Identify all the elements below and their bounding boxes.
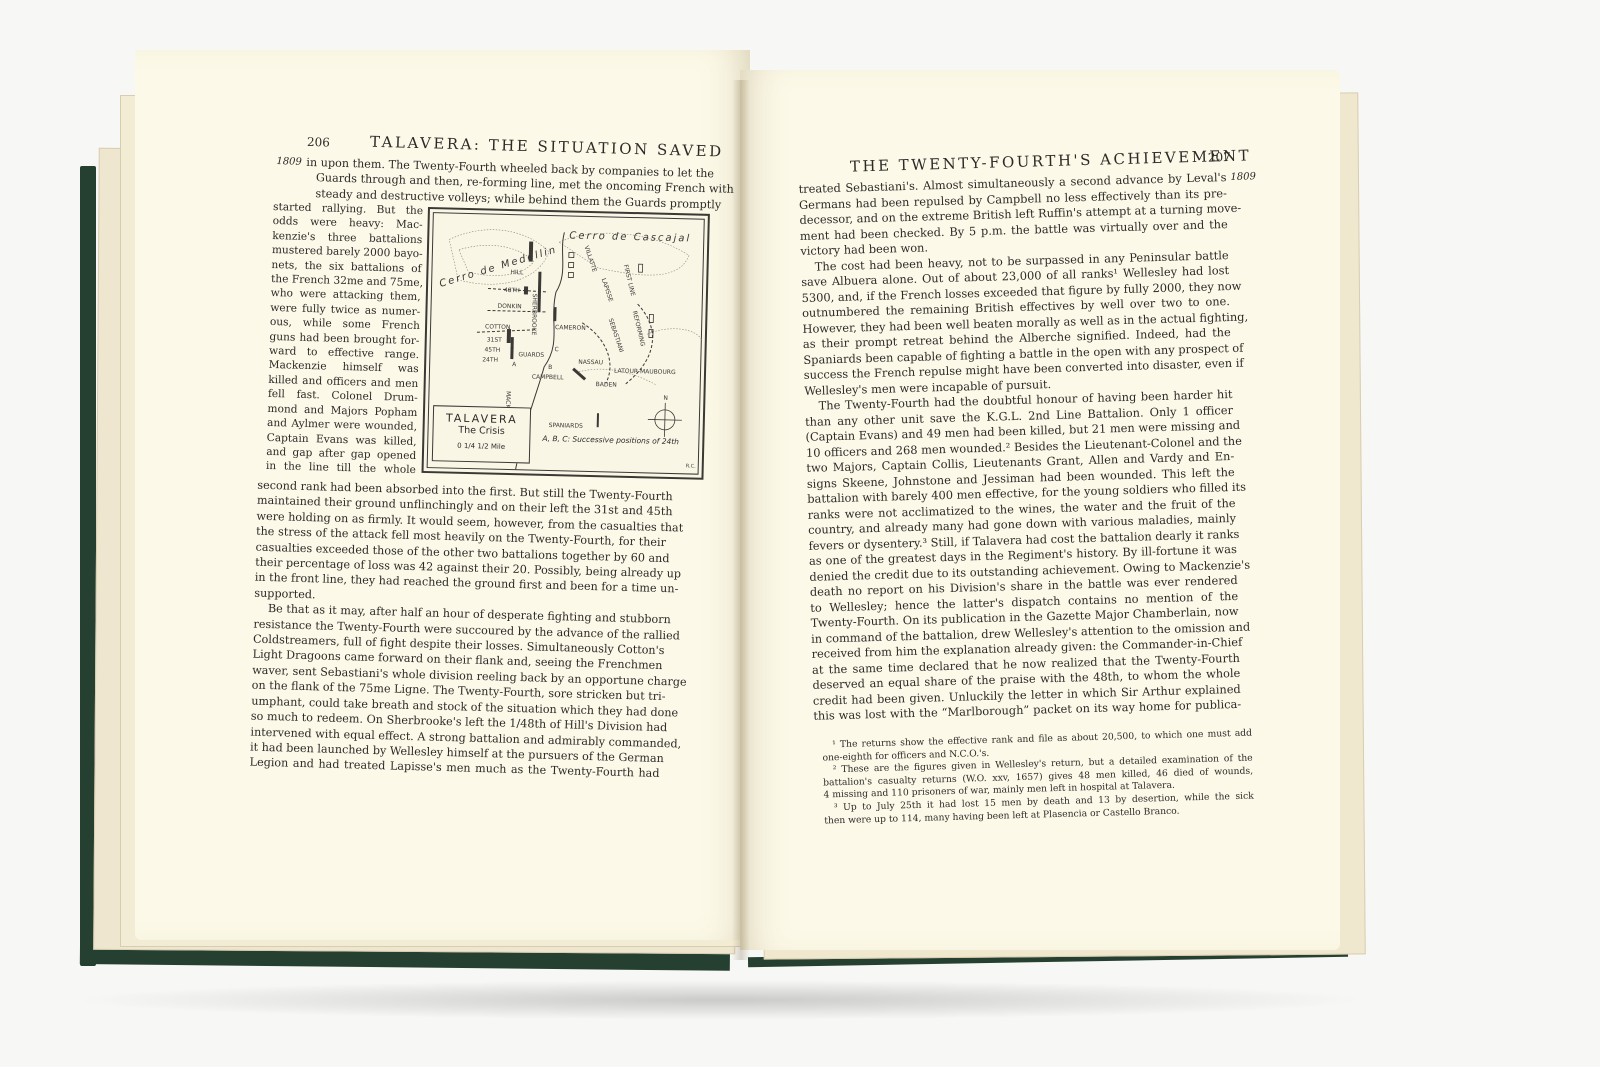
- right-margin-year: 1809: [1230, 171, 1256, 183]
- map-label-48th: 48TH: [504, 287, 520, 294]
- map-label-hill: HILL: [510, 269, 523, 276]
- map-label-donkin: DONKIN: [498, 303, 522, 311]
- map-label-guards: GUARDS: [518, 351, 544, 359]
- map-label-cameron: CAMERON: [555, 324, 586, 332]
- map-label-latour-maubourg: LATOUR-MAUBOURG: [614, 368, 676, 377]
- left-page: 206 TALAVERA: THE SITUATION SAVED 1809 i…: [135, 50, 750, 940]
- map-label-24th: 24TH: [482, 356, 498, 363]
- map-label-spaniards: SPANIARDS: [549, 422, 583, 430]
- map-scale-bar: 0 1/4 1/2 Mile: [433, 441, 529, 451]
- map-title: TALAVERA: [434, 411, 530, 426]
- book-gutter: [732, 80, 750, 960]
- footnotes: ¹ The returns show the effective rank an…: [822, 728, 1254, 828]
- right-page-number: 207: [1208, 150, 1231, 165]
- left-running-head: TALAVERA: THE SITUATION SAVED: [370, 133, 724, 161]
- map-label-c: C: [554, 346, 558, 353]
- map-label-31st: 31ST: [487, 336, 502, 343]
- left-page-number: 206: [307, 135, 330, 150]
- right-text-body: treated Sebastiani's. Almost simultaneou…: [798, 170, 1241, 724]
- book-shadow: [70, 980, 1370, 1020]
- talavera-map: Cerro de Cascajal Cerro de Medellin HILL…: [422, 207, 710, 480]
- right-page: THE TWENTY-FOURTH'S ACHIEVEMENT 207 1809…: [740, 70, 1340, 950]
- map-north-label: N: [663, 395, 668, 402]
- left-text-narrow: started rallying. But the odds were heav…: [266, 200, 424, 478]
- left-text-bottom: second rank had been absorbed into the f…: [249, 478, 667, 782]
- map-label-baden: BADEN: [596, 381, 617, 389]
- map-label-a: A: [512, 361, 516, 368]
- map-label-nassau: NASSAU: [578, 359, 603, 367]
- map-label-45th: 45TH: [484, 346, 500, 353]
- map-label-b: B: [548, 364, 552, 371]
- left-margin-year: 1809: [276, 156, 302, 168]
- map-initials: R.C.: [686, 463, 696, 469]
- map-title-box: TALAVERA The Crisis 0 1/4 1/2 Mile: [432, 405, 531, 463]
- map-label-sherbrooke: SHERBROOKE: [530, 294, 538, 336]
- map-label-campbell: CAMPBELL: [532, 374, 564, 382]
- map-label-cotton: COTTON: [485, 323, 511, 331]
- text-line: in the line till the whole: [266, 459, 416, 478]
